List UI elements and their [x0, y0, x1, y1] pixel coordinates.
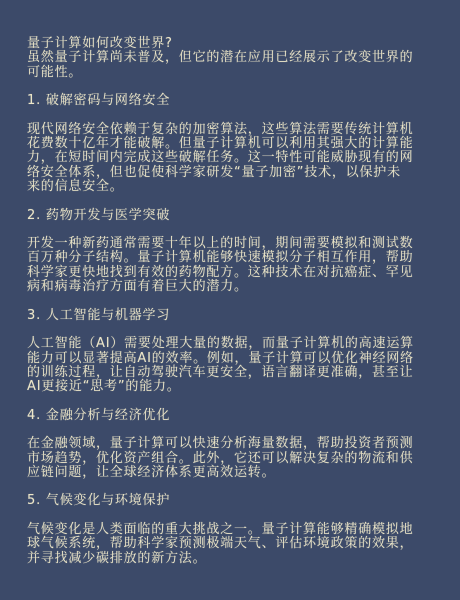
section-body: 开发一种新药通常需要十年以上的时间，期间需要模拟和测试数 百万种分子结构。量子计…: [27, 237, 434, 295]
section-body: 在金融领域，量子计算可以快速分析海量数据，帮助投资者预测 市场趋势，优化资产组合…: [27, 437, 434, 480]
section-body: 现代网络安全依赖于复杂的加密算法，这些算法需要传统计算机 花费数十亿年才能破解。…: [27, 123, 434, 195]
body-line: 并寻找减少碳排放的新方法。: [27, 552, 434, 566]
body-line: 百万种分子结构。量子计算机能够快速模拟分子相互作用，帮助: [27, 251, 434, 265]
body-line: 力，在短时间内完成这些破解任务。这一特性可能威胁现有的网: [27, 151, 434, 165]
section-body: 人工智能（AI）需要处理大量的数据，而量子计算机的高速运算 能力可以显著提高AI…: [27, 337, 434, 395]
document-page: 量子计算如何改变世界? 虽然量子计算尚未普及，但它的潜在应用已经展示了改变世界的…: [0, 0, 460, 600]
body-line: AI更接近“思考”的能力。: [27, 380, 434, 394]
body-line: 病和病毒治疗方面有着巨大的潜力。: [27, 280, 434, 294]
body-line: 球气候系统，帮助科学家预测极端天气、评估环境政策的效果，: [27, 537, 434, 551]
body-line: 市场趋势，优化资产组合。此外，它还可以解决复杂的物流和供: [27, 452, 434, 466]
section-heading: 3. 人工智能与机器学习: [27, 309, 434, 323]
body-line: 在金融领域，量子计算可以快速分析海量数据，帮助投资者预测: [27, 437, 434, 451]
section-heading: 5. 气候变化与环境保护: [27, 494, 434, 508]
intro-line: 虽然量子计算尚未普及，但它的潜在应用已经展示了改变世界的: [27, 51, 434, 65]
body-line: 人工智能（AI）需要处理大量的数据，而量子计算机的高速运算: [27, 337, 434, 351]
body-line: 来的信息安全。: [27, 180, 434, 194]
body-line: 应链问题，让全球经济体系更高效运转。: [27, 466, 434, 480]
intro-line: 可能性。: [27, 66, 434, 80]
section-heading: 1. 破解密码与网络安全: [27, 94, 434, 108]
section-heading: 4. 金融分析与经济优化: [27, 409, 434, 423]
section-heading: 2. 药物开发与医学突破: [27, 209, 434, 223]
title-block: 量子计算如何改变世界? 虽然量子计算尚未普及，但它的潜在应用已经展示了改变世界的…: [27, 37, 434, 80]
body-line: 气候变化是人类面临的重大挑战之一。量子计算能够精确模拟地: [27, 523, 434, 537]
body-line: 能力可以显著提高AI的效率。例如，量子计算可以优化神经网络: [27, 352, 434, 366]
body-line: 现代网络安全依赖于复杂的加密算法，这些算法需要传统计算机: [27, 123, 434, 137]
section-body: 气候变化是人类面临的重大挑战之一。量子计算能够精确模拟地 球气候系统，帮助科学家…: [27, 523, 434, 566]
